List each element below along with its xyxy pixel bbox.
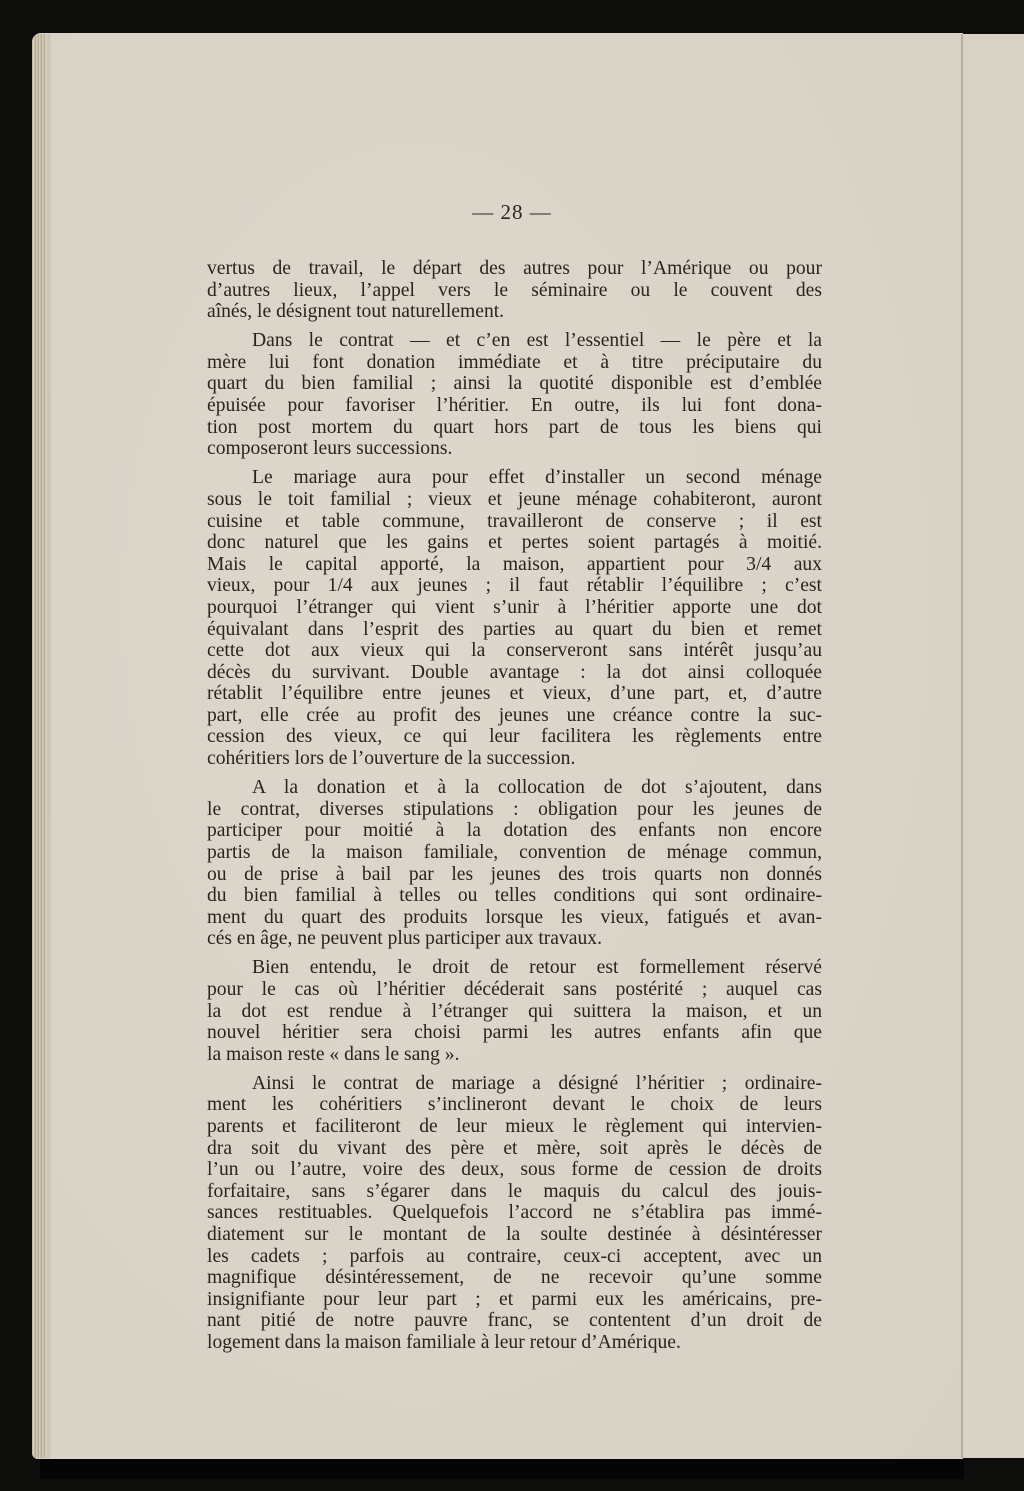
page-shadow [40, 1459, 964, 1479]
text-line: Mais le capital apporté, la maison, appa… [207, 554, 822, 576]
text-line: aînés, le désignent tout naturellement. [207, 301, 822, 323]
text-line: les cadets ; parfois au contraire, ceux-… [207, 1246, 822, 1268]
paragraph-3: Le mariage aura pour effet d’installer u… [207, 467, 822, 769]
text-line: vertus de travail, le départ des autres … [207, 258, 822, 280]
text-line: forfaitaire, sans s’égarer dans le maqui… [207, 1181, 822, 1203]
paragraph-2: Dans le contrat — et c’en est l’essentie… [207, 330, 822, 460]
paragraph-4: A la donation et à la collocation de dot… [207, 777, 822, 950]
body-text: vertus de travail, le départ des autres … [207, 258, 822, 1354]
text-line: dra soit du vivant des père et mère, soi… [207, 1138, 822, 1160]
text-line: pour le cas où l’héritier décéderait san… [207, 979, 822, 1001]
page-edges [32, 34, 54, 1458]
text-line: cés en âge, ne peuvent plus participer a… [207, 928, 822, 950]
text-line: épuisée pour favoriser l’héritier. En ou… [207, 395, 822, 417]
text-line: logement dans la maison familiale à leur… [207, 1332, 822, 1354]
text-line: la maison reste « dans le sang ». [207, 1044, 822, 1066]
text-line: tion post mortem du quart hors part de t… [207, 417, 822, 439]
text-line: nant pitié de notre pauvre franc, se con… [207, 1310, 822, 1332]
text-line: cette dot aux vieux qui la conserveront … [207, 640, 822, 662]
text-line: Bien entendu, le droit de retour est for… [207, 957, 822, 979]
text-line: équivalant dans l’esprit des parties au … [207, 619, 822, 641]
text-line: nouvel héritier sera choisi parmi les au… [207, 1022, 822, 1044]
text-line: ment du quart des produits lorsque les v… [207, 907, 822, 929]
text-line: part, elle crée au profit des jeunes une… [207, 705, 822, 727]
text-line: décès du survivant. Double avantage : la… [207, 662, 822, 684]
text-line: mère lui font donation immédiate et à ti… [207, 352, 822, 374]
text-line: sances restituables. Quelquefois l’accor… [207, 1202, 822, 1224]
text-line: diatement sur le montant de la soulte de… [207, 1224, 822, 1246]
facing-page-edge [963, 34, 1024, 1458]
text-line: du bien familial à telles ou telles cond… [207, 885, 822, 907]
paragraph-1: vertus de travail, le départ des autres … [207, 258, 822, 323]
text-line: sous le toit familial ; vieux et jeune m… [207, 489, 822, 511]
text-line: Dans le contrat — et c’en est l’essentie… [207, 330, 822, 352]
text-line: cession des vieux, ce qui leur faciliter… [207, 726, 822, 748]
paragraph-5: Bien entendu, le droit de retour est for… [207, 957, 822, 1065]
text-line: composeront leurs successions. [207, 438, 822, 460]
text-line: Ainsi le contrat de mariage a désigné l’… [207, 1073, 822, 1095]
text-line: donc naturel que les gains et pertes soi… [207, 532, 822, 554]
text-line: partis de la maison familiale, conventio… [207, 842, 822, 864]
text-line: ou de prise à bail par les jeunes des tr… [207, 864, 822, 886]
text-line: d’autres lieux, l’appel vers le séminair… [207, 280, 822, 302]
text-line: parents et faciliteront de leur mieux le… [207, 1116, 822, 1138]
text-line: quart du bien familial ; ainsi la quotit… [207, 373, 822, 395]
text-line: magnifique désintéressement, de ne recev… [207, 1267, 822, 1289]
text-line: rétablit l’équilibre entre jeunes et vie… [207, 683, 822, 705]
text-line: pourquoi l’étranger qui vient s’unir à l… [207, 597, 822, 619]
paragraph-6: Ainsi le contrat de mariage a désigné l’… [207, 1073, 822, 1354]
text-line: participer pour moitié à la dotation des… [207, 820, 822, 842]
page-number: — 28 — [0, 200, 1024, 225]
text-line: l’un ou l’autre, voire des deux, sous fo… [207, 1159, 822, 1181]
text-line: cuisine et table commune, travailleront … [207, 511, 822, 533]
text-line: la dot est rendue à l’étranger qui suitt… [207, 1001, 822, 1023]
text-line: ment les cohéritiers s’inclineront devan… [207, 1094, 822, 1116]
text-line: Le mariage aura pour effet d’installer u… [207, 467, 822, 489]
text-line: vieux, pour 1/4 aux jeunes ; il faut rét… [207, 575, 822, 597]
text-line: le contrat, diverses stipulations : obli… [207, 799, 822, 821]
text-line: insignifiante pour leur part ; et parmi … [207, 1289, 822, 1311]
text-line: cohéritiers lors de l’ouverture de la su… [207, 748, 822, 770]
text-line: A la donation et à la collocation de dot… [207, 777, 822, 799]
